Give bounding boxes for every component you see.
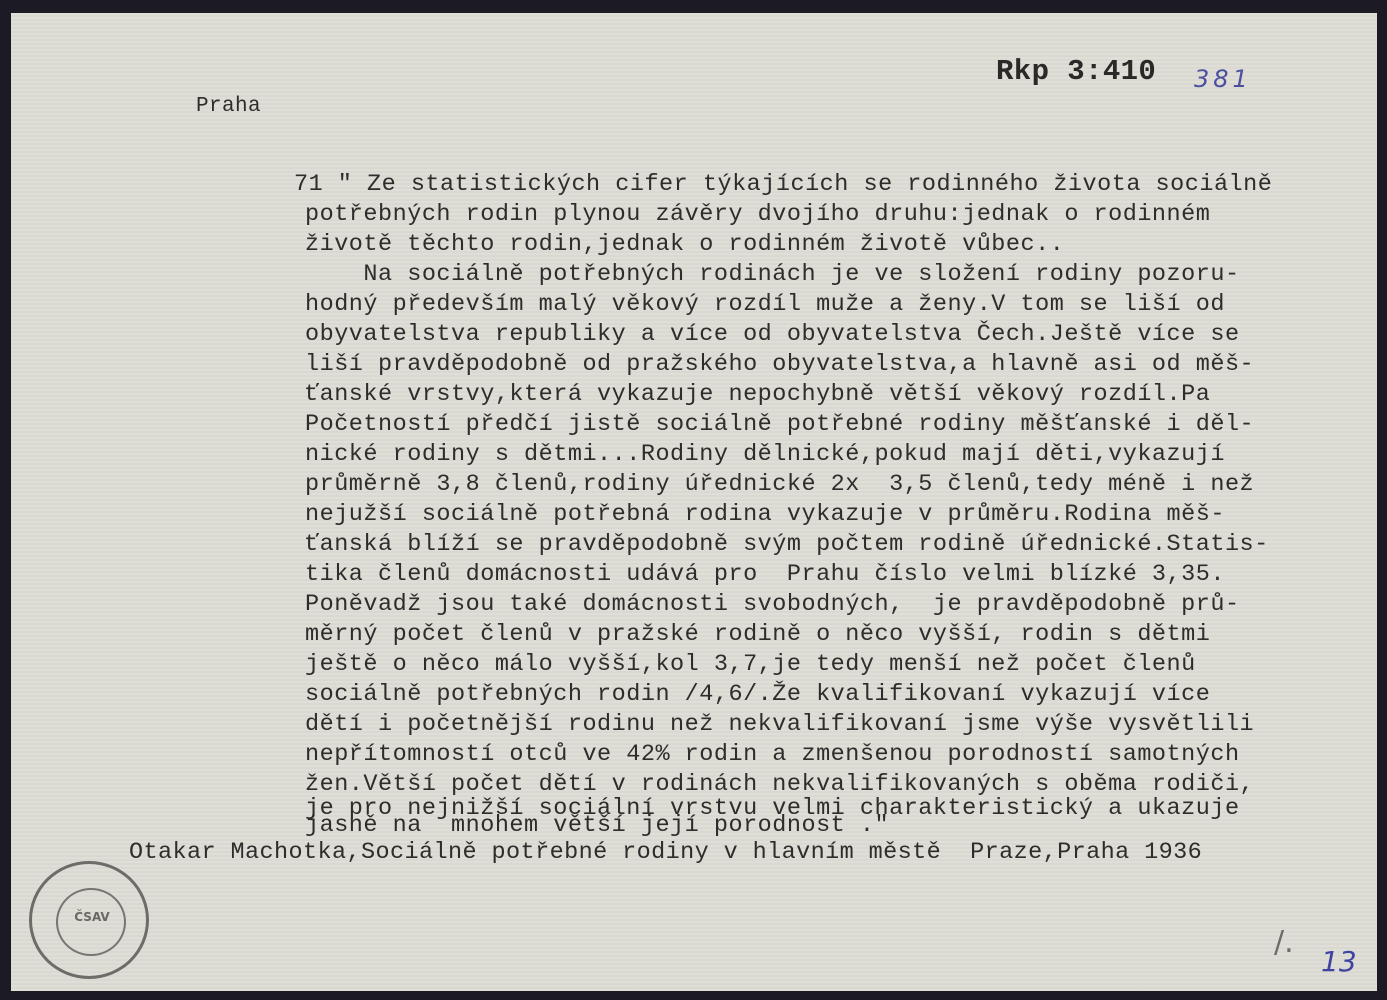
quote-line: nepřítomností otců ve 42% rodin a zmenše… bbox=[294, 740, 1272, 770]
quote-line: ťanská blíží se pravděpodobně svým počte… bbox=[294, 530, 1272, 560]
quote-line: životě těchto rodin,jednak o rodinném ži… bbox=[294, 230, 1272, 260]
quote-line: dětí i početnější rodinu než nekvalifiko… bbox=[294, 710, 1272, 740]
quote-line: tika členů domácnosti udává pro Prahu čí… bbox=[294, 560, 1272, 590]
quote-line: Početností předčí jistě sociálně potřebn… bbox=[294, 410, 1272, 440]
quote-line: Na sociálně potřebných rodinách je ve sl… bbox=[294, 260, 1272, 290]
quote-line: Poněvadž jsou také domácnosti svobodných… bbox=[294, 590, 1272, 620]
manuscript-reference: Rkp 3:410 bbox=[996, 55, 1156, 88]
quote-body: 71 " Ze statistických cifer týkajících s… bbox=[294, 170, 1272, 834]
handwritten-mark: /. bbox=[1274, 925, 1294, 960]
quote-line: hodný především malý věkový rozdíl muže … bbox=[294, 290, 1272, 320]
document-page: Praha Rkp 3:410 381 71 " Ze statistickýc… bbox=[11, 13, 1377, 991]
quote-line: obyvatelstva republiky a více od obyvate… bbox=[294, 320, 1272, 350]
institution-stamp: ČSAV bbox=[29, 861, 149, 979]
quote-line: 71 " Ze statistických cifer týkajících s… bbox=[294, 170, 1272, 200]
quote-line: nické rodiny s dětmi...Rodiny dělnické,p… bbox=[294, 440, 1272, 470]
quote-line: sociálně potřebných rodin /4,6/.Že kvali… bbox=[294, 680, 1272, 710]
quote-line: liší pravděpodobně od pražského obyvatel… bbox=[294, 350, 1272, 380]
quote-line: ťanské vrstvy,která vykazuje nepochybně … bbox=[294, 380, 1272, 410]
handwritten-reference: 381 bbox=[1194, 65, 1252, 93]
quote-line: nejužší sociálně potřebná rodina vykazuj… bbox=[294, 500, 1272, 530]
handwritten-page-number: 13 bbox=[1321, 945, 1357, 978]
source-citation: Otakar Machotka,Sociálně potřebné rodiny… bbox=[129, 839, 1202, 866]
quote-line: průměrně 3,8 členů,rodiny úřednické 2x 3… bbox=[294, 470, 1272, 500]
place-heading: Praha bbox=[196, 95, 261, 118]
stamp-label: ČSAV bbox=[72, 910, 112, 924]
stamp-inner-ring: ČSAV bbox=[56, 888, 126, 956]
quote-line: potřebných rodin plynou závěry dvojího d… bbox=[294, 200, 1272, 230]
quote-line: ještě o něco málo vyšší,kol 3,7,je tedy … bbox=[294, 650, 1272, 680]
quote-line: měrný počet členů v pražské rodině o něc… bbox=[294, 620, 1272, 650]
